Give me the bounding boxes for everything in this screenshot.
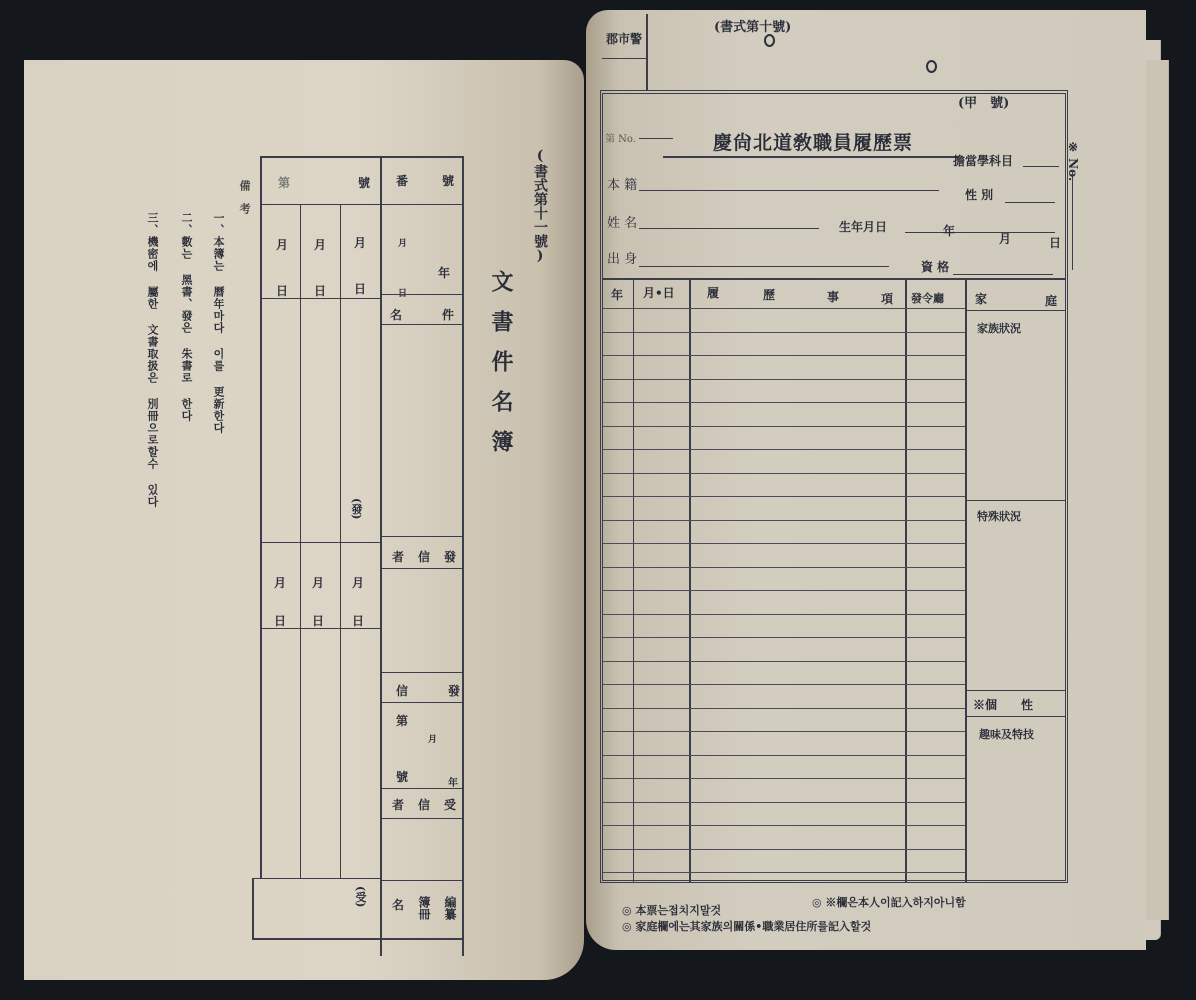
number-label-a: 第 bbox=[396, 712, 408, 729]
date-day-4: 日 bbox=[274, 612, 286, 629]
header-right-b: 號 bbox=[442, 172, 454, 189]
birth-year: 年 bbox=[943, 222, 955, 239]
history-rows bbox=[603, 280, 965, 882]
receiver-label-3: 受 bbox=[444, 796, 456, 813]
corner-label: 郡市警 bbox=[606, 30, 642, 47]
sent-label-a: 信 bbox=[396, 682, 408, 699]
table-row bbox=[603, 708, 965, 709]
note-1: ◎ 本票는접치지말것 bbox=[622, 902, 721, 918]
header-left-b: 號 bbox=[358, 174, 370, 191]
subject-label: 擔當學科目 bbox=[953, 152, 1013, 169]
left-form-number: (書式第十一號) bbox=[530, 148, 550, 264]
date-day-5: 日 bbox=[312, 612, 324, 629]
table-row bbox=[603, 778, 965, 779]
table-row bbox=[603, 637, 965, 638]
footer-label-c: 編纂 bbox=[442, 896, 459, 920]
table-row bbox=[603, 872, 965, 873]
birth-day: 日 bbox=[1049, 234, 1061, 251]
col-family-a: 家 bbox=[975, 290, 987, 307]
sender-label-3: 發 bbox=[444, 548, 456, 565]
birth-month: 月 bbox=[999, 230, 1011, 247]
hobbies-label: 趣味及特技 bbox=[979, 726, 1034, 742]
table-row bbox=[603, 684, 965, 685]
table-row bbox=[603, 590, 965, 591]
domicile-label: 本 籍 bbox=[607, 174, 637, 193]
name-input[interactable] bbox=[639, 228, 819, 229]
number-label-b: 號 bbox=[396, 768, 408, 785]
table-row bbox=[603, 332, 965, 333]
table-row bbox=[603, 355, 965, 356]
table-row bbox=[603, 661, 965, 662]
date-month-6: 月 bbox=[352, 574, 364, 591]
table-row bbox=[603, 543, 965, 544]
date-day-1: 日 bbox=[276, 282, 288, 299]
name-label-b: 件 bbox=[442, 306, 454, 323]
table-row bbox=[603, 802, 965, 803]
table-row bbox=[603, 379, 965, 380]
date-month-4: 月 bbox=[274, 574, 286, 591]
origin-input[interactable] bbox=[639, 266, 889, 267]
domicile-input[interactable] bbox=[639, 190, 939, 191]
punch-hole-1 bbox=[764, 34, 775, 47]
col-family-b: 庭 bbox=[1045, 292, 1057, 309]
table-row bbox=[603, 731, 965, 732]
remarks-item-1: 一、本簿는 曆年마다 이를 更新한다 bbox=[210, 212, 226, 434]
sent-label-b: 發 bbox=[448, 682, 460, 699]
footer-label-a: 名 bbox=[392, 896, 404, 913]
date-month-1: 月 bbox=[276, 236, 288, 253]
gender-label: 性 別 bbox=[965, 186, 993, 203]
right-form-number: (書式第十號) bbox=[714, 16, 791, 35]
birth-label: 生年月日 bbox=[839, 218, 887, 235]
left-title: 文書件名簿 bbox=[486, 270, 517, 470]
date-month-small: 月 bbox=[398, 236, 407, 249]
form-title: 慶尙北道敎職員履歷票 bbox=[713, 128, 913, 155]
special-status-label: 特殊狀況 bbox=[977, 508, 1021, 524]
history-table: 年 月•日 履 歷 事 項 發令廳 家 庭 家族狀況 特殊狀況 ※個 性 趣味及… bbox=[603, 278, 1065, 882]
corner-stub: 郡市警 bbox=[602, 14, 648, 90]
date-day-6: 日 bbox=[352, 612, 364, 629]
header-left-a: 第 bbox=[278, 174, 290, 191]
table-row bbox=[603, 520, 965, 521]
resume-form: 第 No. 慶尙北道敎職員履歷票 擔當學科目 本 籍 性 別 姓 名 生年月日 … bbox=[600, 90, 1068, 883]
left-page: 備考 一、本簿는 曆年마다 이를 更新한다 二、數는 黑書、發은 朱書로 한다 … bbox=[24, 60, 584, 980]
sender-label-2: 信 bbox=[418, 548, 430, 565]
sent-marker: (發) bbox=[348, 498, 364, 519]
table-row bbox=[603, 849, 965, 850]
remarks-heading: 備考 bbox=[236, 180, 252, 226]
right-page: 郡市警 (書式第十號) (甲 號) 第 No. 慶尙北道敎職員履歷票 擔當學科目… bbox=[586, 10, 1146, 950]
family-status-label: 家族狀況 bbox=[977, 320, 1021, 336]
table-row bbox=[603, 567, 965, 568]
receiver-label-2: 信 bbox=[418, 796, 430, 813]
note-2: ◎ ※欄은本人이記入하지아니함 bbox=[812, 894, 966, 910]
document-register-table: 第 號 番 號 月 月 月 日 日 日 月 年 日 名 件 (發) 者 信 發 … bbox=[252, 156, 466, 956]
name-label-a: 名 bbox=[390, 306, 402, 323]
sender-label-1: 者 bbox=[392, 548, 404, 565]
date-month-3: 月 bbox=[354, 234, 366, 251]
name-label: 姓 名 bbox=[607, 212, 637, 231]
note-3: ◎ 家庭欄에는其家族의關係•職業居住所를記入할것 bbox=[622, 918, 871, 934]
side-no-label: ※ No. bbox=[1066, 140, 1080, 181]
remarks-item-2: 二、數는 黑書、發은 朱書로 한다 bbox=[178, 212, 194, 422]
date-day-small: 日 bbox=[398, 286, 407, 299]
personality-label: ※個 性 bbox=[973, 696, 1033, 713]
table-row bbox=[603, 449, 965, 450]
date-day-2: 日 bbox=[314, 282, 326, 299]
page-stack-edge bbox=[1146, 60, 1169, 920]
receiver-label-1: 者 bbox=[392, 796, 404, 813]
date-year-2: 年 bbox=[448, 774, 458, 789]
footer-label-b: 簿冊 bbox=[416, 896, 433, 920]
origin-label: 出 身 bbox=[607, 248, 637, 267]
birth-input[interactable] bbox=[905, 232, 1055, 233]
punch-hole-2 bbox=[926, 60, 937, 73]
remarks-item-3: 三、機密에 屬한 文書取扱은 別冊으로할수 있다 bbox=[144, 212, 160, 508]
date-month-5: 月 bbox=[312, 574, 324, 591]
table-row bbox=[603, 614, 965, 615]
table-row bbox=[603, 308, 965, 309]
table-row bbox=[603, 496, 965, 497]
table-row bbox=[603, 473, 965, 474]
date-day-3: 日 bbox=[354, 280, 366, 297]
table-row bbox=[603, 402, 965, 403]
no-label: 第 No. bbox=[605, 130, 636, 145]
table-row bbox=[603, 755, 965, 756]
date-month-2: 月 bbox=[314, 236, 326, 253]
table-row bbox=[603, 825, 965, 826]
date-month-7: 月 bbox=[428, 732, 437, 745]
header-right-a: 番 bbox=[396, 172, 408, 189]
qualification-label: 資 格 bbox=[921, 258, 949, 275]
date-year: 年 bbox=[438, 264, 450, 281]
received-marker: (受) bbox=[352, 886, 368, 907]
table-row bbox=[603, 426, 965, 427]
